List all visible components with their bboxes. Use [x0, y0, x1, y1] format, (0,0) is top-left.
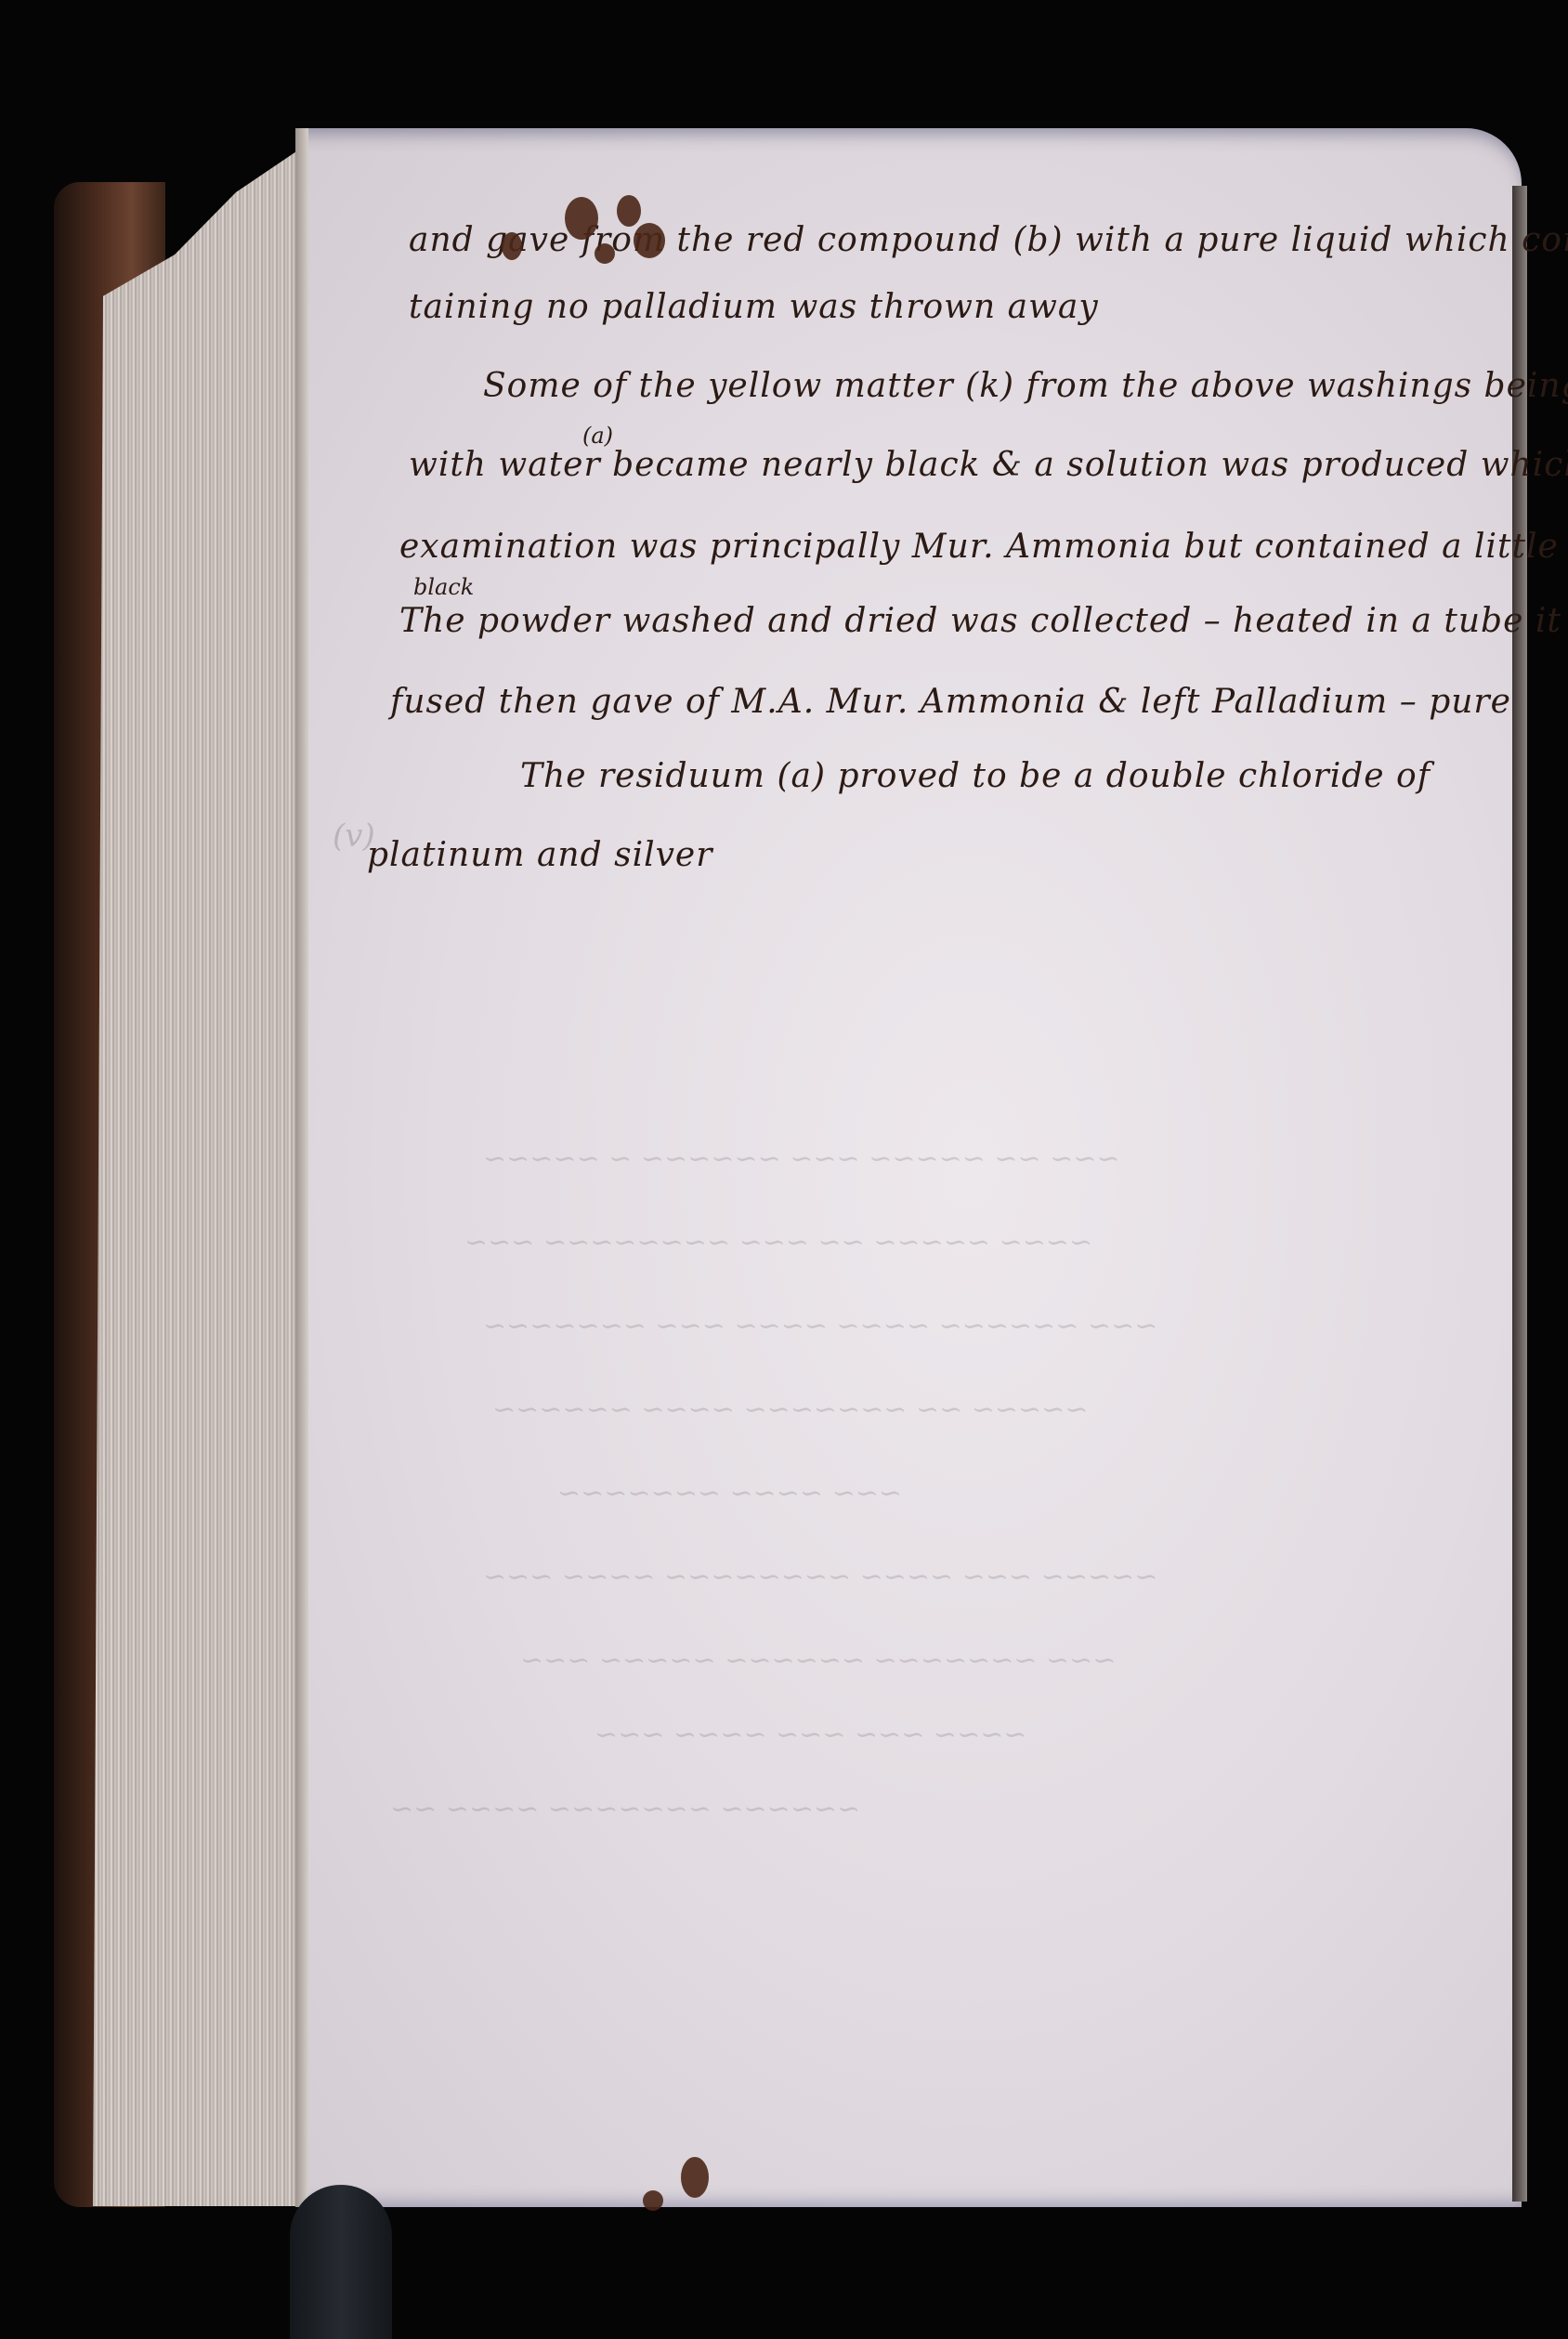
ink-blot	[681, 2157, 709, 2198]
show-through-text: ~~~~~~ ~~~~~~~ ~~~~ ~~	[390, 1793, 860, 1825]
show-through-text: ~~~ ~~~~~~ ~~~~ ~~~~ ~~~ ~~~~~~~	[483, 1310, 1157, 1342]
page-fore-edge	[1512, 186, 1527, 2202]
ink-blot	[565, 197, 598, 240]
manuscript-line: with water became nearly black & a solut…	[409, 446, 1568, 484]
page-gutter	[295, 128, 308, 2207]
show-through-text: ~~~~~ ~~ ~~~~~~~ ~~~~ ~~~~~~	[492, 1393, 1088, 1426]
interlinear-insertion: (a)	[582, 423, 613, 449]
show-through-text: ~~~ ~~ ~~~~~ ~~~ ~~~~~~ ~ ~~~~~	[483, 1143, 1120, 1175]
ink-blot	[595, 243, 615, 264]
manuscript-line: The powder washed and dried was collecte…	[399, 602, 1561, 640]
show-through-text: ~~~ ~~~~~~~ ~~~~~~ ~~~~~ ~~~	[520, 1644, 1116, 1677]
manuscript-line: examination was principally Mur. Ammonia…	[399, 528, 1568, 566]
page-holder-clamp	[290, 2185, 392, 2339]
interlinear-insertion: black	[413, 574, 474, 600]
manuscript-line: The residuum (a) proved to be a double c…	[520, 757, 1431, 795]
ink-blot	[643, 2190, 663, 2211]
manuscript-line: platinum and silver	[367, 836, 712, 874]
ink-blot	[617, 195, 641, 227]
manuscript-line: Some of the yellow matter (k) from the a…	[483, 367, 1568, 405]
show-through-text: ~~~~ ~~~~~ ~~ ~~~ ~~~~~~~~ ~~~	[464, 1226, 1092, 1259]
ink-blot	[502, 232, 522, 260]
manuscript-line: fused then gave of M.A. Mur. Ammonia & l…	[390, 683, 1511, 721]
show-through-text: ~~~~ ~~~ ~~~ ~~~~ ~~~	[595, 1718, 1026, 1751]
ink-blot	[634, 223, 665, 258]
show-through-text: ~~~~~ ~~~ ~~~~ ~~~~~~~~ ~~~~ ~~~	[483, 1561, 1157, 1593]
show-through-text: ~~~ ~~~~ ~~~~~~~	[557, 1477, 902, 1509]
page-stack-edges	[93, 130, 297, 2206]
manuscript-line: taining no palladium was thrown away	[409, 288, 1099, 326]
